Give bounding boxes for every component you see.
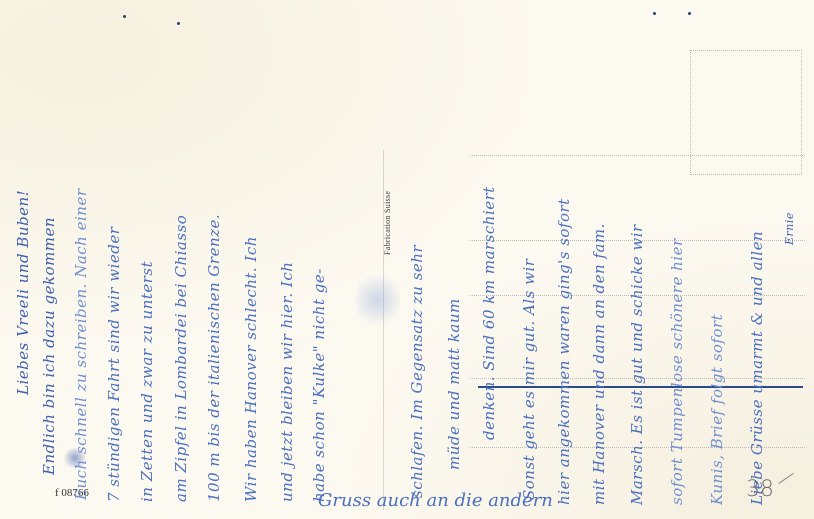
message-line: Marsch. Es ist gut und schicke wir: [628, 224, 646, 505]
ink-dot: [177, 22, 180, 25]
message-line-greeting: Liebes Vreeli und Buben!: [14, 190, 32, 395]
message-line: habe schon "Kulke" nicht ge-: [310, 268, 328, 502]
message-line: müde und matt kaum: [445, 298, 463, 470]
manufacturer-label: Fabrication Suisse: [383, 191, 392, 255]
bottom-greeting: Gruss auch an die andern: [318, 490, 553, 511]
ink-dot: [123, 15, 126, 18]
message-line: 7 stündigen Fahrt sind wir wieder: [105, 227, 123, 502]
message-line: in Zetten und zwar zu unterst: [138, 261, 156, 502]
message-line: Endlich bin ich dazu gekommen: [40, 217, 58, 475]
pencil-mark: [778, 473, 793, 484]
stamp-box: [690, 50, 802, 175]
message-line: 100 m bis der italienischen Grenze.: [205, 214, 223, 502]
message-line: und jetzt bleiben wir hier. Ich: [278, 262, 296, 502]
message-line: am Zipfel in Lombardei bei Chiasso: [172, 215, 190, 502]
ink-dot: [688, 12, 691, 15]
message-line: schlafen. Im Gegensatz zu sehr: [408, 245, 426, 498]
message-line: Sonst geht es mir gut. Als wir: [520, 259, 538, 500]
message-line: Liebe Grüsse umarmt & und allen: [748, 231, 766, 505]
message-line: Euch schnell zu schreiben. Nach einer: [72, 189, 90, 501]
message-line: sofort Tumpenlose schönere hier: [668, 238, 686, 505]
message-line: Kunis, Brief folgt sofort: [708, 314, 726, 505]
signature: Ernie: [783, 212, 796, 245]
message-line: hier angekommen waren ging's sofort: [555, 198, 573, 505]
message-line: Wir haben Hanover schlecht. Ich: [242, 236, 260, 502]
message-line: denken. Sind 60 km marschiert: [480, 186, 498, 440]
address-line: [470, 155, 805, 156]
ink-dot: [653, 12, 656, 15]
ink-smudge: [355, 270, 400, 330]
message-line: mit Hanover und dann an den fam.: [590, 223, 608, 505]
postcard-back: Fabrication Suisse f 08766 38 Liebes Vre…: [0, 0, 814, 519]
